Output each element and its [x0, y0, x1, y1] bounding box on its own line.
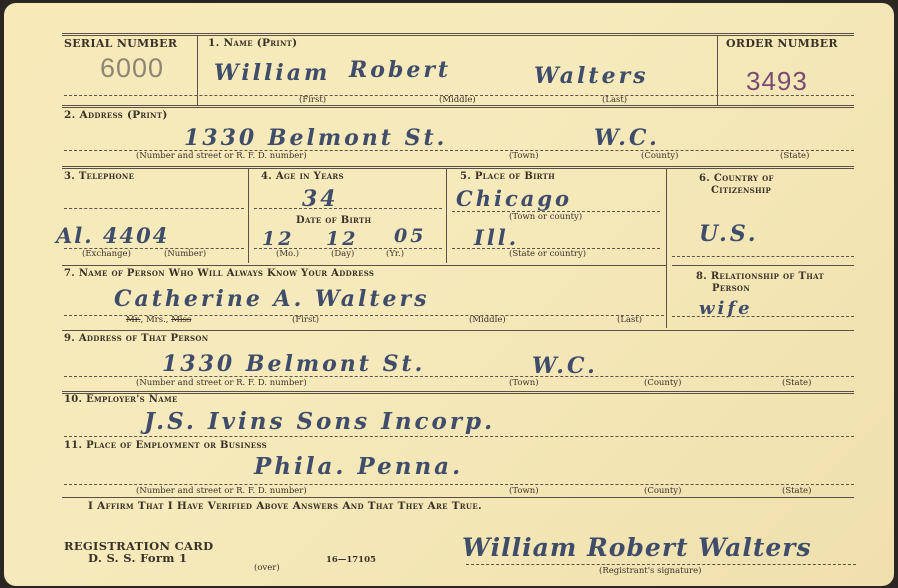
contact-middle-caption: (Middle) — [469, 315, 506, 325]
employment-state-caption: (State) — [782, 486, 811, 496]
address-street-value: 1330 Belmont St. — [184, 125, 447, 151]
state-caption: (State) — [780, 151, 809, 161]
contact-county-caption: (County) — [644, 378, 681, 388]
dob-month: 12 — [262, 228, 294, 250]
contact-person-value: Catherine A. Walters — [114, 286, 429, 312]
employment-street-caption: (Number and street or R. F. D. number) — [136, 486, 307, 496]
contact-address-line — [64, 376, 854, 377]
day-caption: (Day) — [331, 249, 354, 259]
birth-town-value: Chicago — [456, 186, 572, 211]
relationship-label-2: Person — [712, 283, 750, 294]
contact-address-street-value: 1330 Belmont St. — [162, 351, 425, 377]
contact-state-caption: (State) — [782, 378, 811, 388]
name-middle-value: Robert — [349, 57, 451, 83]
place-of-employment-value: Phila. Penna. — [254, 453, 463, 480]
signature-caption: (Registrant's signature) — [599, 566, 701, 576]
employment-county-caption: (County) — [644, 486, 681, 496]
signature-line — [466, 564, 856, 565]
rule — [62, 166, 854, 169]
place-of-birth-label: 5. Place of Birth — [460, 171, 555, 182]
month-caption: (Mo.) — [276, 249, 299, 259]
serial-number-value: 6000 — [100, 53, 164, 84]
name-last-value: Walters — [534, 63, 649, 89]
employment-line — [64, 484, 854, 485]
employer-label: 10. Employer's Name — [64, 394, 178, 405]
rule — [62, 105, 854, 108]
number-caption: (Number) — [164, 249, 206, 259]
rule — [62, 497, 854, 498]
place-of-employment-label: 11. Place of Employment or Business — [64, 440, 267, 451]
divider — [666, 168, 667, 328]
footer-over: (over) — [254, 563, 280, 573]
dob-day: 12 — [326, 228, 358, 250]
citizenship-label-2: Citizenship — [711, 185, 771, 196]
address-county-value: W.C. — [594, 125, 660, 151]
employment-town-caption: (Town) — [509, 486, 539, 496]
title-miss: Miss — [171, 315, 191, 325]
footer-code: 16—17105 — [326, 555, 376, 565]
relationship-line — [672, 316, 854, 317]
birth-state-value: Ill. — [474, 225, 519, 250]
age-label: 4. Age in Years — [261, 171, 344, 182]
divider — [248, 168, 249, 263]
last-caption: (Last) — [602, 95, 627, 105]
rule — [62, 391, 854, 394]
signature-value: William Robert Walters — [462, 533, 812, 562]
contact-street-caption: (Number and street or R. F. D. number) — [136, 378, 307, 388]
employer-line — [64, 436, 854, 437]
contact-person-label: 7. Name of Person Who Will Always Know Y… — [64, 268, 374, 279]
year-caption: (Yr.) — [386, 249, 404, 259]
employer-value: J.S. Ivins Sons Incorp. — [144, 408, 495, 435]
rule — [62, 265, 666, 266]
rule — [672, 265, 854, 266]
top-rule — [62, 33, 854, 36]
title-mrs: , Mrs., — [141, 315, 172, 325]
footer-form: D. S. S. Form 1 — [88, 551, 187, 565]
telephone-value: Al. 4404 — [56, 223, 169, 248]
name-label: 1. Name (Print) — [208, 37, 297, 49]
address-label: 2. Address (Print) — [64, 109, 168, 121]
name-first-value: William — [214, 60, 330, 86]
contact-last-caption: (Last) — [617, 315, 642, 325]
age-line — [254, 208, 442, 209]
telephone-upper-line — [64, 208, 244, 209]
exchange-caption: (Exchange) — [82, 249, 131, 259]
contact-address-label: 9. Address of That Person — [64, 333, 208, 344]
middle-caption: (Middle) — [439, 95, 476, 105]
title-mr: Mr. — [126, 315, 141, 325]
dob-label: Date of Birth — [296, 215, 371, 226]
dob-year: 05 — [394, 225, 426, 247]
order-number-label: ORDER NUMBER — [726, 37, 838, 50]
telephone-label: 3. Telephone — [64, 171, 134, 182]
contact-town-caption: (Town) — [509, 378, 539, 388]
birth-town-caption: (Town or county) — [509, 212, 582, 222]
county-caption: (County) — [641, 151, 678, 161]
divider — [717, 35, 718, 105]
registration-card: SERIAL NUMBER 6000 1. Name (Print) Willi… — [4, 3, 894, 586]
serial-number-label: SERIAL NUMBER — [64, 37, 177, 50]
order-number-value: 3493 — [746, 66, 808, 97]
town-caption: (Town) — [509, 151, 539, 161]
citizenship-label-1: 6. Country of — [699, 173, 774, 184]
birth-state-caption: (State or country) — [509, 249, 586, 259]
first-caption: (First) — [299, 95, 326, 105]
rule — [62, 330, 854, 331]
title-caption: Mr., Mrs., Miss — [126, 315, 191, 325]
citizenship-line — [672, 256, 854, 257]
street-caption: (Number and street or R. F. D. number) — [136, 151, 307, 161]
affirmation-text: I Affirm That I Have Verified Above Answ… — [88, 500, 482, 512]
divider — [446, 168, 447, 263]
relationship-label-1: 8. Relationship of That — [696, 271, 824, 282]
citizenship-value: U.S. — [699, 221, 759, 247]
contact-first-caption: (First) — [292, 315, 319, 325]
